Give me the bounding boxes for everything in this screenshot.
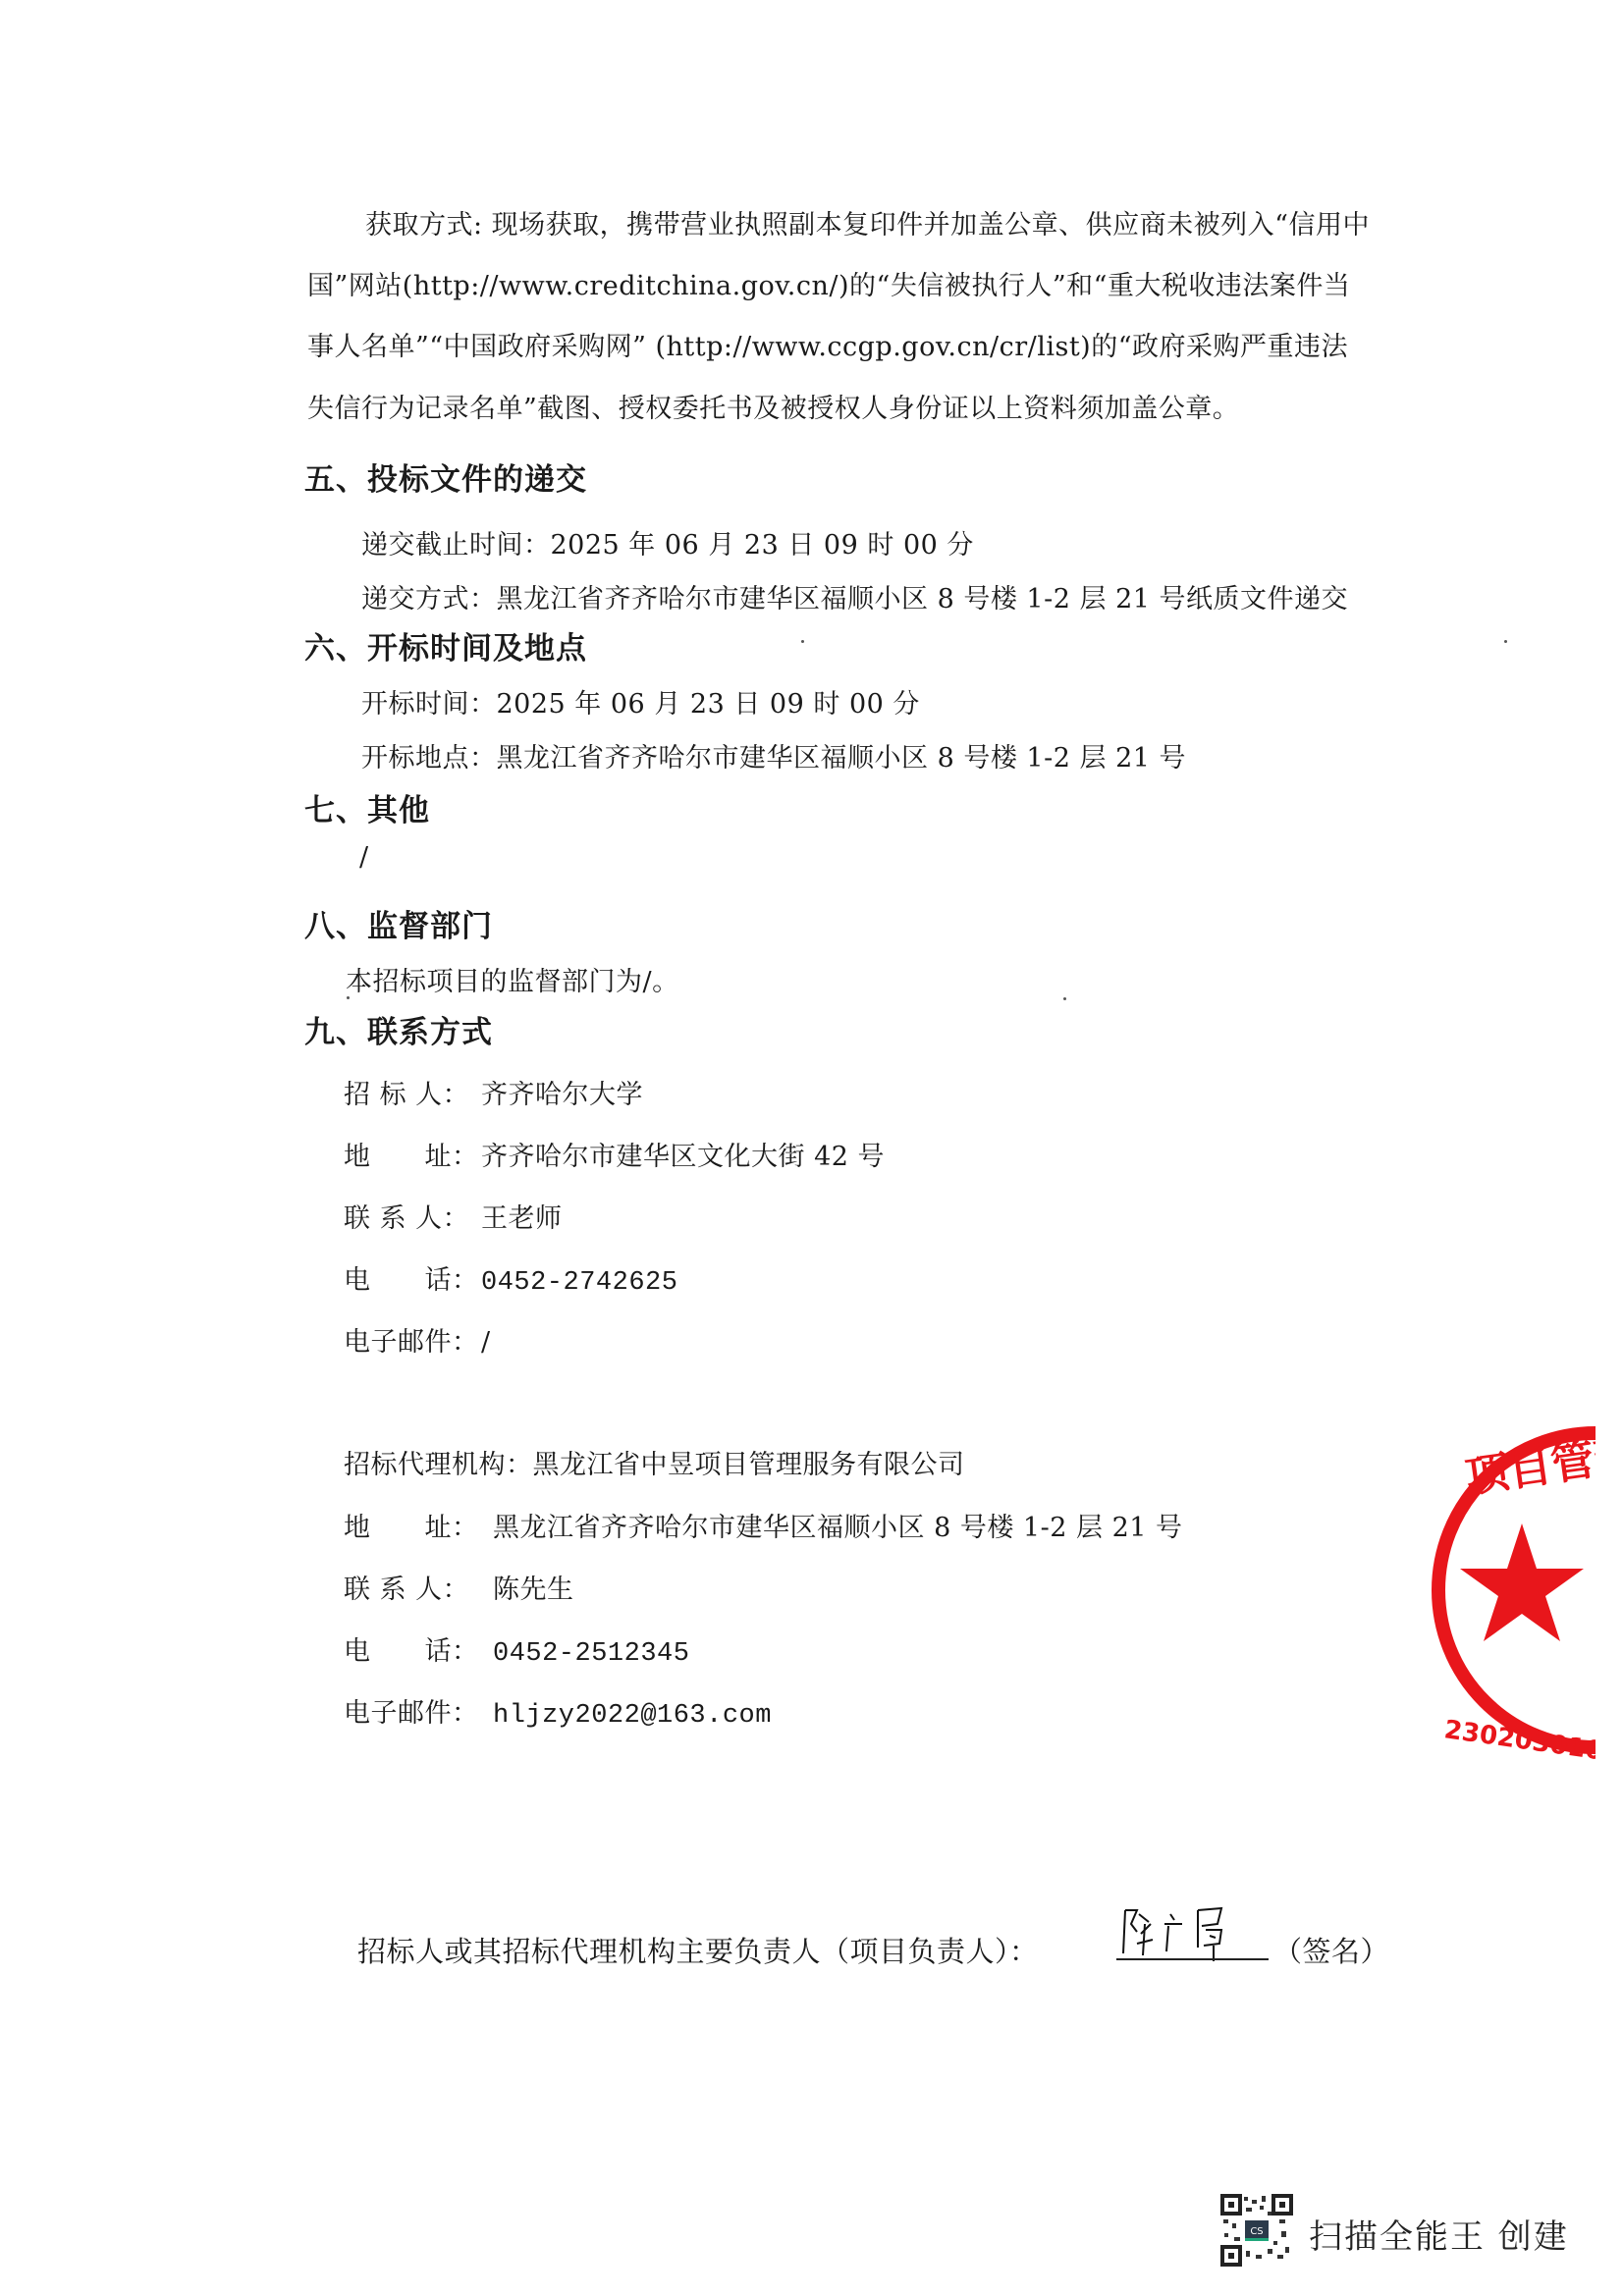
opening-time: 开标时间：2025 年 06 月 23 日 09 时 00 分 — [361, 682, 920, 721]
section-9-heading: 九、联系方式 — [304, 1007, 493, 1051]
scanner-watermark: 扫描全能王 创建 — [1309, 2210, 1569, 2258]
tenderer-name: 齐齐哈尔大学 — [481, 1080, 643, 1110]
agency-phone-row: 电 话：0452-2512345 — [344, 1629, 689, 1669]
handwritten-signature-icon — [1119, 1904, 1267, 1963]
agency-email-label: 电子邮件： — [344, 1691, 493, 1730]
company-seal: 项目管理服 23020301076 — [1429, 1414, 1596, 1767]
agency-address-row: 地 址：黑龙江省齐齐哈尔市建华区福顺小区 8 号楼 1-2 层 21 号 — [344, 1506, 1183, 1544]
tenderer-contact: 王老师 — [481, 1203, 563, 1234]
seal-icon: 项目管理服 23020301076 — [1429, 1423, 1596, 1767]
section-5-heading: 五、投标文件的递交 — [304, 454, 587, 499]
agency-address: 黑龙江省齐齐哈尔市建华区福顺小区 8 号楼 1-2 层 21 号 — [493, 1513, 1183, 1543]
agency-phone: 0452-2512345 — [493, 1639, 689, 1669]
tenderer-address: 齐齐哈尔市建华区文化大街 42 号 — [481, 1142, 885, 1172]
tenderer-name-row: 招 标 人：齐齐哈尔大学 — [344, 1073, 643, 1111]
tenderer-email-label: 电子邮件： — [344, 1320, 481, 1359]
submission-deadline: 递交截止时间：2025 年 06 月 23 日 09 时 00 分 — [361, 523, 974, 561]
tenderer-name-label: 招 标 人： — [344, 1073, 481, 1111]
scan-speck — [1504, 640, 1507, 643]
acquisition-line-1: 获取方式: 现场获取，携带营业执照副本复印件并加盖公章、供应商未被列入“信用中 — [365, 203, 1370, 241]
acquisition-line-2: 国”网站(http://www.creditchina.gov.cn/)的“失信… — [307, 264, 1350, 302]
scan-speck — [801, 640, 804, 643]
tenderer-contact-label: 联 系 人： — [344, 1197, 481, 1235]
section-7-heading: 七、其他 — [304, 785, 430, 829]
tenderer-address-label: 地 址： — [344, 1135, 481, 1173]
tenderer-email-row: 电子邮件：/ — [344, 1320, 491, 1359]
section-6-heading: 六、开标时间及地点 — [304, 623, 587, 667]
tenderer-contact-row: 联 系 人：王老师 — [344, 1197, 563, 1235]
section-8-heading: 八、监督部门 — [304, 901, 493, 945]
agency-address-label: 地 址： — [344, 1506, 493, 1544]
qr-code-icon: CS — [1220, 2194, 1293, 2267]
acquisition-line-3: 事人名单”“中国政府采购网” (http://www.ccgp.gov.cn/c… — [307, 325, 1348, 363]
agency-name: 黑龙江省中昱项目管理服务有限公司 — [533, 1450, 965, 1480]
supervision-content: 本招标项目的监督部门为/。 — [346, 960, 679, 998]
submission-method: 递交方式：黑龙江省齐齐哈尔市建华区福顺小区 8 号楼 1-2 层 21 号纸质文… — [361, 577, 1348, 615]
agency-name-row: 招标代理机构：黑龙江省中昱项目管理服务有限公司 — [344, 1443, 965, 1481]
document-page: 获取方式: 现场获取，携带营业执照副本复印件并加盖公章、供应商未被列入“信用中 … — [0, 0, 1623, 2296]
signature-label: 招标人或其招标代理机构主要负责人（项目负责人）： — [357, 1930, 1039, 1970]
agency-email-row: 电子邮件：hljzy2022@163.com — [344, 1691, 772, 1731]
other-content: / — [359, 842, 369, 873]
agency-email: hljzy2022@163.com — [493, 1701, 772, 1731]
signature-suffix: （签名） — [1273, 1930, 1389, 1970]
agency-contact-label: 联 系 人： — [344, 1568, 493, 1606]
tenderer-email: / — [481, 1327, 491, 1358]
agency-contact: 陈先生 — [493, 1575, 574, 1605]
agency-contact-row: 联 系 人：陈先生 — [344, 1568, 574, 1606]
tenderer-phone-label: 电 话： — [344, 1258, 481, 1297]
acquisition-line-4: 失信行为记录名单”截图、授权委托书及被授权人身份证以上资料须加盖公章。 — [307, 387, 1239, 425]
scan-speck — [1063, 997, 1066, 1000]
agency-name-label: 招标代理机构： — [344, 1450, 533, 1480]
scan-speck — [347, 996, 350, 999]
opening-place: 开标地点：黑龙江省齐齐哈尔市建华区福顺小区 8 号楼 1-2 层 21 号 — [361, 736, 1186, 774]
tenderer-address-row: 地 址：齐齐哈尔市建华区文化大街 42 号 — [344, 1135, 885, 1173]
qr-badge: CS — [1250, 2226, 1263, 2237]
tenderer-phone: 0452-2742625 — [481, 1268, 677, 1298]
agency-phone-label: 电 话： — [344, 1629, 493, 1668]
signature-underline — [1116, 1958, 1269, 1960]
tenderer-phone-row: 电 话：0452-2742625 — [344, 1258, 677, 1298]
